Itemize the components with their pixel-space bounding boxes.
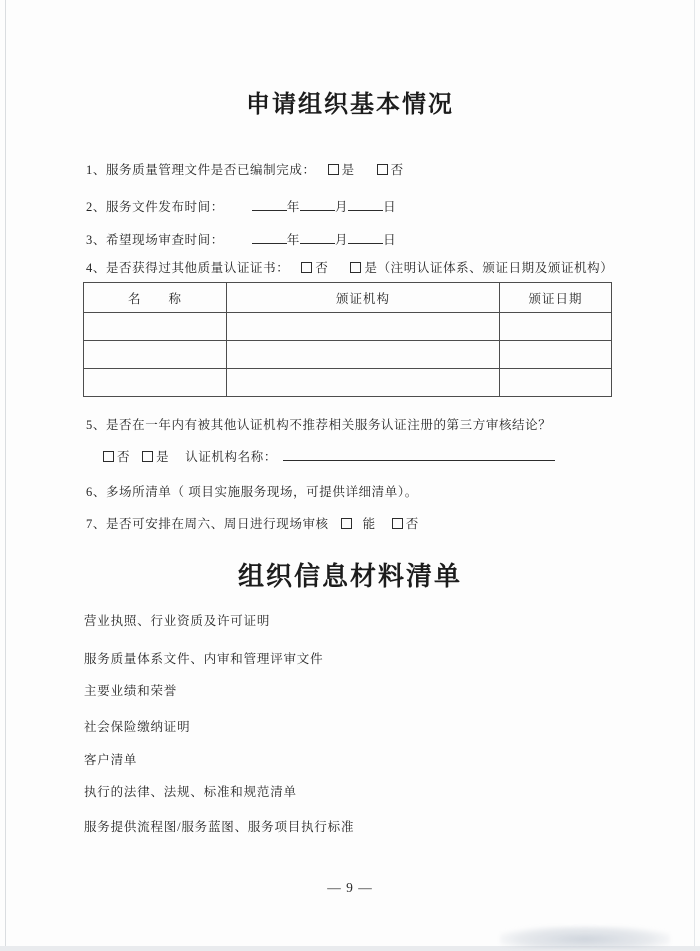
table-cell-date xyxy=(500,341,612,369)
question-5-no-label: 否 xyxy=(117,450,130,464)
material-item-achievements: 主要业绩和荣誉 xyxy=(84,681,177,699)
year-unit-label: 年 xyxy=(287,200,300,214)
certificates-table: 名 称 颁证机构 颁证日期 xyxy=(83,282,612,397)
question-1: 1、服务质量管理文件是否已编制完成：是否 xyxy=(86,162,404,178)
table-cell-name xyxy=(84,369,227,397)
table-cell-date xyxy=(500,313,612,341)
table-row xyxy=(84,313,612,341)
scanned-form-page: 申请组织基本情况 1、服务质量管理文件是否已编制完成：是否 2、服务文件发布时间… xyxy=(0,0,700,951)
table-cell-org xyxy=(227,369,500,397)
material-item-client-list: 客户清单 xyxy=(84,750,137,768)
checkbox-icon xyxy=(350,262,361,273)
month-unit-label: 月 xyxy=(335,233,348,247)
month-unit-label: 月 xyxy=(335,200,348,214)
checkbox-icon xyxy=(142,451,153,462)
table-header-name: 名 称 xyxy=(84,283,227,313)
question-5: 5、是否在一年内有被其他认证机构不推荐相关服务认证注册的第三方审核结论？ xyxy=(86,417,551,433)
section1-title: 申请组织基本情况 xyxy=(0,84,700,119)
question-2: 2、服务文件发布时间：年月日 xyxy=(86,197,396,215)
question-4-label: 4、是否获得过其他质量认证证书： xyxy=(86,261,289,275)
day-blank-field xyxy=(348,230,383,244)
material-item-laws-standards: 执行的法律、法规、标准和规范清单 xyxy=(84,782,297,800)
table-cell-name xyxy=(84,341,227,369)
question-1-label: 1、服务质量管理文件是否已编制完成： xyxy=(86,163,316,177)
question-2-label: 2、服务文件发布时间： xyxy=(86,200,224,214)
scan-smudge-artifact xyxy=(500,926,670,948)
day-blank-field xyxy=(348,197,383,211)
table-row xyxy=(84,369,612,397)
question-3-label: 3、希望现场审查时间： xyxy=(86,233,224,247)
table-header-issuing-org: 颁证机构 xyxy=(227,283,500,313)
material-item-quality-system-docs: 服务质量体系文件、内审和管理评审文件 xyxy=(84,649,323,667)
month-blank-field xyxy=(300,230,335,244)
question-7-no-label: 否 xyxy=(406,517,419,531)
day-unit-label: 日 xyxy=(383,200,396,214)
day-unit-label: 日 xyxy=(383,233,396,247)
checkbox-icon xyxy=(301,262,312,273)
table-cell-org xyxy=(227,341,500,369)
table-row xyxy=(84,341,612,369)
table-cell-date xyxy=(500,369,612,397)
table-header-row: 名 称 颁证机构 颁证日期 xyxy=(84,283,612,313)
question-7-yes-label: 能 xyxy=(363,517,376,531)
year-blank-field xyxy=(252,230,287,244)
scan-right-edge xyxy=(694,0,695,951)
question-4-yes-label: 是（注明认证体系、颁证日期及颁证机构） xyxy=(364,261,613,275)
question-6: 6、多场所清单（ 项目实施服务现场，可提供详细清单）。 xyxy=(86,484,418,500)
question-1-yes-label: 是 xyxy=(342,163,355,177)
page-number: — 9 — xyxy=(0,880,700,896)
question-6-label: 6、多场所清单（ 项目实施服务现场，可提供详细清单）。 xyxy=(86,485,418,499)
question-5-yes-label: 是 xyxy=(156,450,169,464)
material-item-service-flowchart: 服务提供流程图/服务蓝图、服务项目执行标准 xyxy=(84,817,354,835)
question-5-label: 5、是否在一年内有被其他认证机构不推荐相关服务认证注册的第三方审核结论？ xyxy=(86,418,551,432)
material-item-business-license: 营业执照、行业资质及许可证明 xyxy=(84,611,270,629)
agency-name-blank-field xyxy=(283,447,555,461)
question-7: 7、是否可安排在周六、周日进行现场审核能否 xyxy=(86,516,419,532)
checkbox-icon xyxy=(341,518,352,529)
section2-title: 组织信息材料清单 xyxy=(0,556,700,593)
question-7-label: 7、是否可安排在周六、周日进行现场审核 xyxy=(86,517,329,531)
table-header-issue-date: 颁证日期 xyxy=(500,283,612,313)
month-blank-field xyxy=(300,197,335,211)
agency-name-label: 认证机构名称： xyxy=(185,450,277,464)
checkbox-icon xyxy=(392,518,403,529)
year-blank-field xyxy=(252,197,287,211)
question-4-no-label: 否 xyxy=(315,261,328,275)
question-5-answer-row: 否是认证机构名称： xyxy=(103,447,555,465)
checkbox-icon xyxy=(328,164,339,175)
question-3: 3、希望现场审查时间：年月日 xyxy=(86,230,396,248)
question-1-no-label: 否 xyxy=(391,163,404,177)
year-unit-label: 年 xyxy=(287,233,300,247)
scan-left-edge xyxy=(5,0,6,951)
table-cell-name xyxy=(84,313,227,341)
table-cell-org xyxy=(227,313,500,341)
checkbox-icon xyxy=(377,164,388,175)
checkbox-icon xyxy=(103,451,114,462)
material-item-social-insurance: 社会保险缴纳证明 xyxy=(84,717,190,735)
question-4: 4、是否获得过其他质量认证证书：否是（注明认证体系、颁证日期及颁证机构） xyxy=(86,260,613,276)
